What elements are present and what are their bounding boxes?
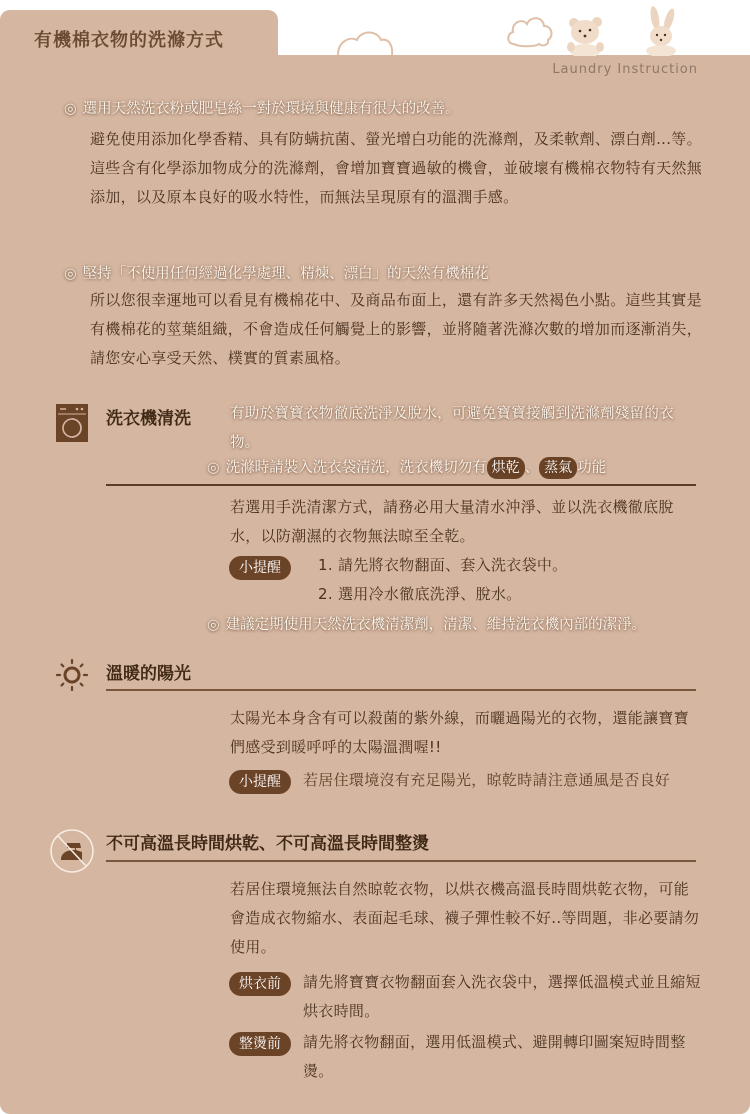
bullet-circle-icon: ◎ <box>207 460 220 476</box>
section-divider <box>106 860 696 862</box>
heat-item-1: 請先將寶寶衣物翻面套入洗衣袋中，選擇低溫模式並且縮短烘衣時間。 <box>303 968 703 1026</box>
heat-body: 若居住環境無法自然晾乾衣物，以烘衣機高溫長時間烘乾衣物，可能會造成衣物縮水、表面… <box>230 875 700 962</box>
bullet-circle-icon: ◎ <box>64 266 77 282</box>
header-tab: 有機棉衣物的洗滌方式 <box>0 10 278 70</box>
no-iron-icon <box>49 828 95 874</box>
laundry-instruction-page: 有機棉衣物的洗滌方式 Laundry Instruction ◎選用天然洗衣粉或… <box>0 0 750 1114</box>
sun-tip: 若居住環境沒有充足陽光，晾乾時請注意通風是否良好 <box>303 766 723 795</box>
sun-icon <box>55 658 89 692</box>
tag-before-drying: 烘衣前 <box>229 972 291 996</box>
cloud-icon <box>505 14 555 48</box>
cloud-icon <box>335 28 395 56</box>
section-title-heat: 不可高溫長時間烘乾、不可高溫長時間整燙 <box>106 829 429 854</box>
tip-badge: 小提醒 <box>229 770 291 794</box>
section-title-sun: 溫暖的陽光 <box>106 659 191 684</box>
page-title: 有機棉衣物的洗滌方式 <box>34 26 224 52</box>
section-divider <box>106 484 696 486</box>
intro-heading-2: ◎堅持「不使用任何經過化學處理、精煉、漂白」的天然有機棉花 <box>64 262 489 283</box>
bullet-circle-icon: ◎ <box>64 101 77 117</box>
washer-description: 有助於寶寶衣物徹底洗淨及脫水，可避免寶寶接觸到洗滌劑殘留的衣物。 <box>230 400 700 458</box>
washer-tip-1: 1. 請先將衣物翻面、套入洗衣袋中。 <box>318 551 718 580</box>
intro-paragraph-1: 避免使用添加化學香精、具有防螨抗菌、螢光增白功能的洗滌劑，及柔軟劑、漂白劑...… <box>90 125 702 212</box>
tag-steam: 蒸氣 <box>539 457 577 479</box>
washer-note: ◎洗滌時請裝入洗衣袋清洗，洗衣機切勿有烘乾、蒸氣功能 <box>207 456 606 479</box>
page-subtitle: Laundry Instruction <box>552 62 698 77</box>
tag-dry: 烘乾 <box>487 457 525 479</box>
bullet-circle-icon: ◎ <box>207 617 220 633</box>
section-divider <box>106 689 696 691</box>
washer-advice: ◎建議定期使用天然洗衣機清潔劑，清潔、維持洗衣機內部的潔淨。 <box>207 613 646 634</box>
sun-body: 太陽光本身含有可以殺菌的紫外線，而曬過陽光的衣物，還能讓寶寶們感受到暖呼呼的太陽… <box>230 704 700 762</box>
tag-before-ironing: 整燙前 <box>229 1032 291 1056</box>
tip-badge: 小提醒 <box>229 556 291 580</box>
heat-item-2: 請先將衣物翻面，選用低溫模式、避開轉印圖案短時間整燙。 <box>303 1028 703 1086</box>
bunny-image <box>642 6 682 56</box>
washer-body: 若選用手洗清潔方式，請務必用大量清水沖淨、並以洗衣機徹底脫水，以防潮濕的衣物無法… <box>230 493 700 551</box>
washing-machine-icon <box>56 404 88 442</box>
intro-paragraph-2: 所以您很幸運地可以看見有機棉花中、及商品布面上，還有許多天然褐色小點。這些其實是… <box>90 286 702 373</box>
intro-heading-1: ◎選用天然洗衣粉或肥皂絲一對於環境與健康有很大的改善。 <box>64 97 460 118</box>
section-title-washer: 洗衣機清洗 <box>106 404 191 429</box>
washer-tip-2: 2. 選用冷水徹底洗淨、脫水。 <box>318 580 718 609</box>
teddy-bear-image <box>566 14 606 56</box>
